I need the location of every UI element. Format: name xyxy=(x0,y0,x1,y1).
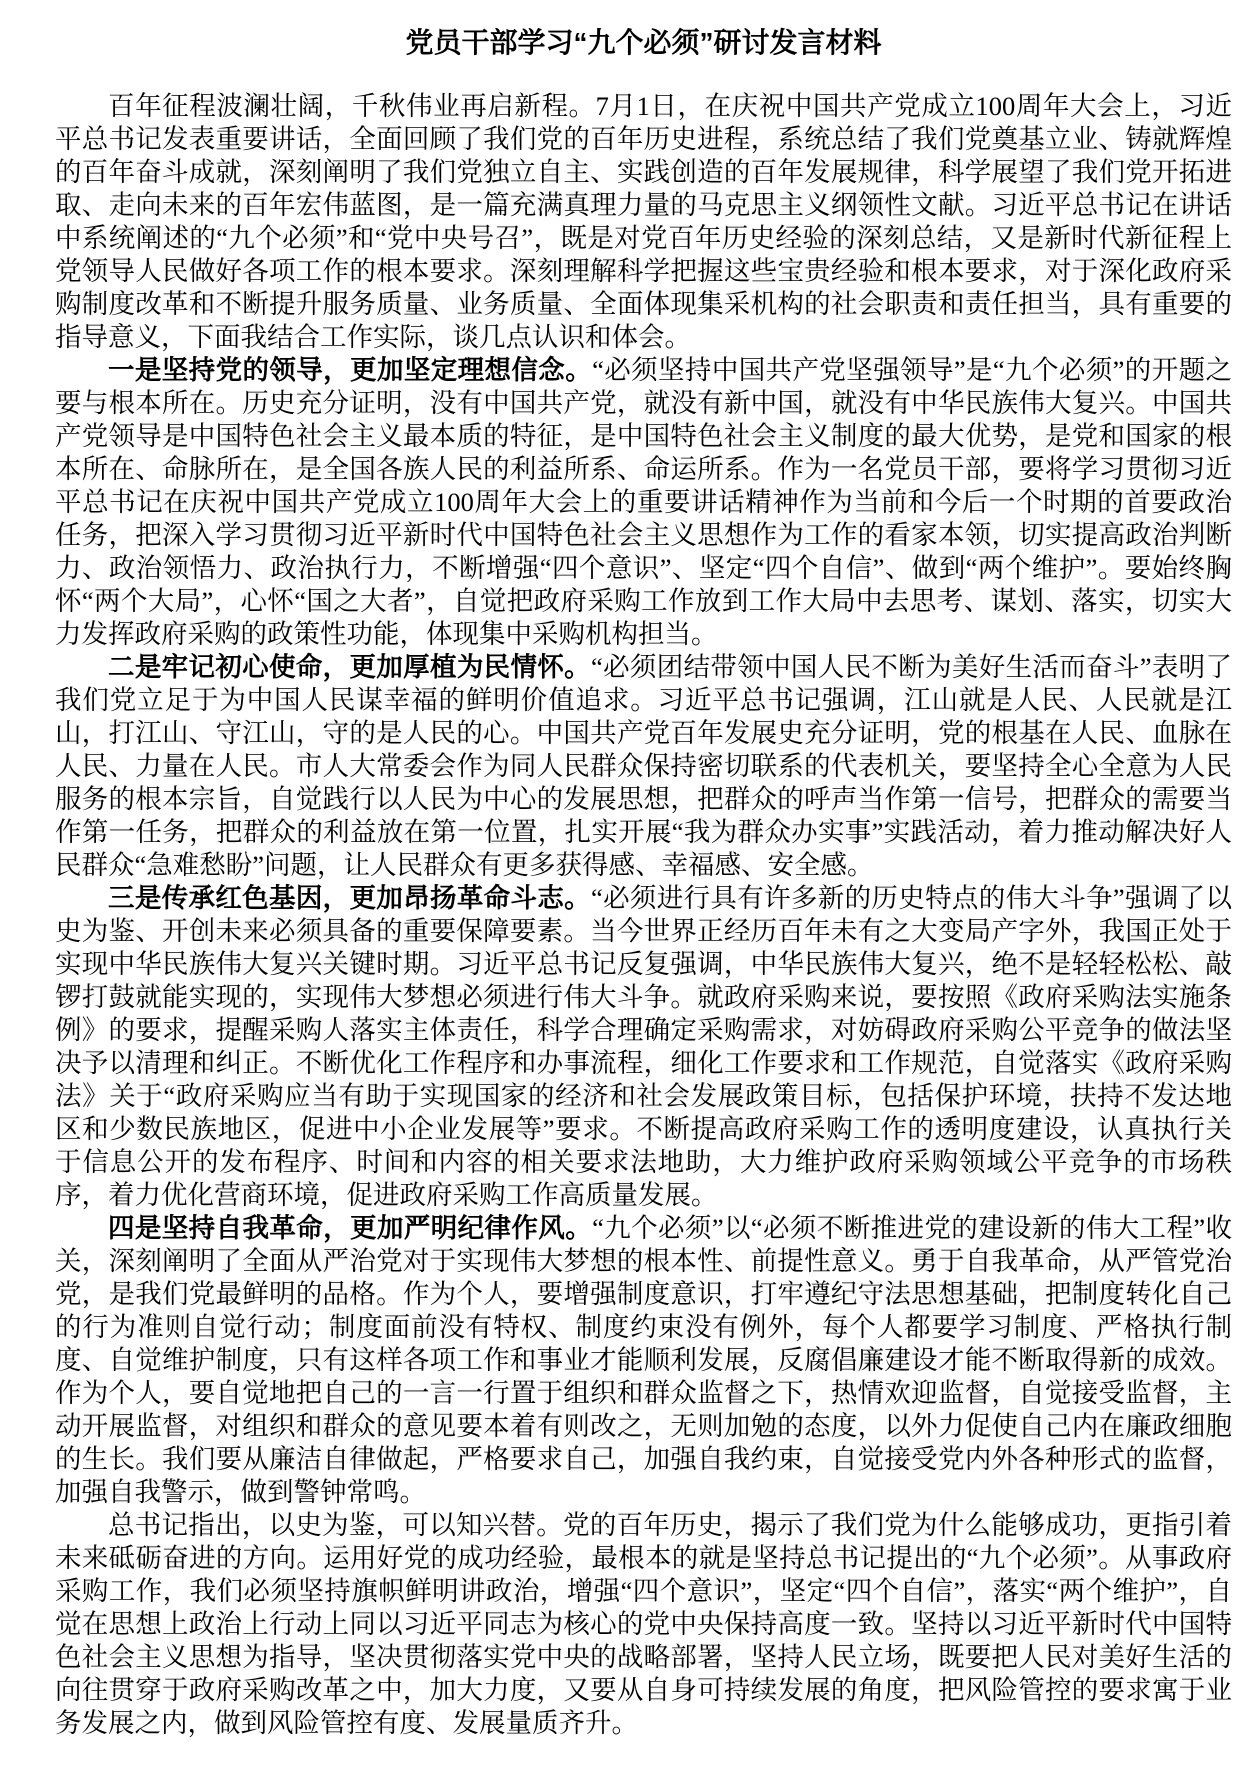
paragraph-conclusion: 总书记指出，以史为鉴，可以知兴替。党的百年历史，揭示了我们党为什么能够成功，更指… xyxy=(55,1509,1232,1740)
paragraph-point-2: 二是牢记初心使命，更加厚植为民情怀。“必须团结带领中国人民不断为美好生活而奋斗”… xyxy=(55,651,1232,882)
paragraph-point-3: 三是传承红色基因，更加昂扬革命斗志。“必须进行具有许多新的历史特点的伟大斗争”强… xyxy=(55,882,1232,1212)
paragraph-point-3-text: “必须进行具有许多新的历史特点的伟大斗争”强调了以史为鉴、开创未来必须具备的重要… xyxy=(55,883,1232,1210)
paragraph-point-4-text: “九个必须”以“必须不断推进党的建设新的伟大工程”收关，深刻阐明了全面从严治党对… xyxy=(55,1213,1232,1507)
paragraph-conclusion-text: 总书记指出，以史为鉴，可以知兴替。党的百年历史，揭示了我们党为什么能够成功，更指… xyxy=(55,1510,1232,1738)
paragraph-point-4-lead: 四是坚持自我革命，更加严明纪律作风。 xyxy=(108,1213,592,1243)
paragraph-point-2-lead: 二是牢记初心使命，更加厚植为民情怀。 xyxy=(108,652,591,682)
paragraph-point-1: 一是坚持党的领导，更加坚定理想信念。“必须坚持中国共产党坚强领导”是“九个必须”… xyxy=(55,354,1232,651)
paragraph-intro: 百年征程波澜壮阔，千秋伟业再启新程。7月1日，在庆祝中国共产党成立100周年大会… xyxy=(55,90,1232,354)
paragraph-point-4: 四是坚持自我革命，更加严明纪律作风。“九个必须”以“必须不断推进党的建设新的伟大… xyxy=(55,1212,1232,1509)
paragraph-point-2-text: “必须团结带领中国人民不断为美好生活而奋斗”表明了我们党立足于为中国人民谋幸福的… xyxy=(55,652,1232,880)
paragraph-point-3-lead: 三是传承红色基因，更加昂扬革命斗志。 xyxy=(108,883,591,913)
paragraph-intro-text: 百年征程波澜壮阔，千秋伟业再启新程。7月1日，在庆祝中国共产党成立100周年大会… xyxy=(55,91,1232,352)
document-title: 党员干部学习“九个必须”研讨发言材料 xyxy=(55,26,1232,60)
document-page: 党员干部学习“九个必须”研讨发言材料 百年征程波澜壮阔，千秋伟业再启新程。7月1… xyxy=(0,0,1240,1780)
paragraph-point-1-text: “必须坚持中国共产党坚强领导”是“九个必须”的开题之要与根本所在。历史充分证明，… xyxy=(55,355,1232,649)
paragraph-point-1-lead: 一是坚持党的领导，更加坚定理想信念。 xyxy=(108,355,592,385)
